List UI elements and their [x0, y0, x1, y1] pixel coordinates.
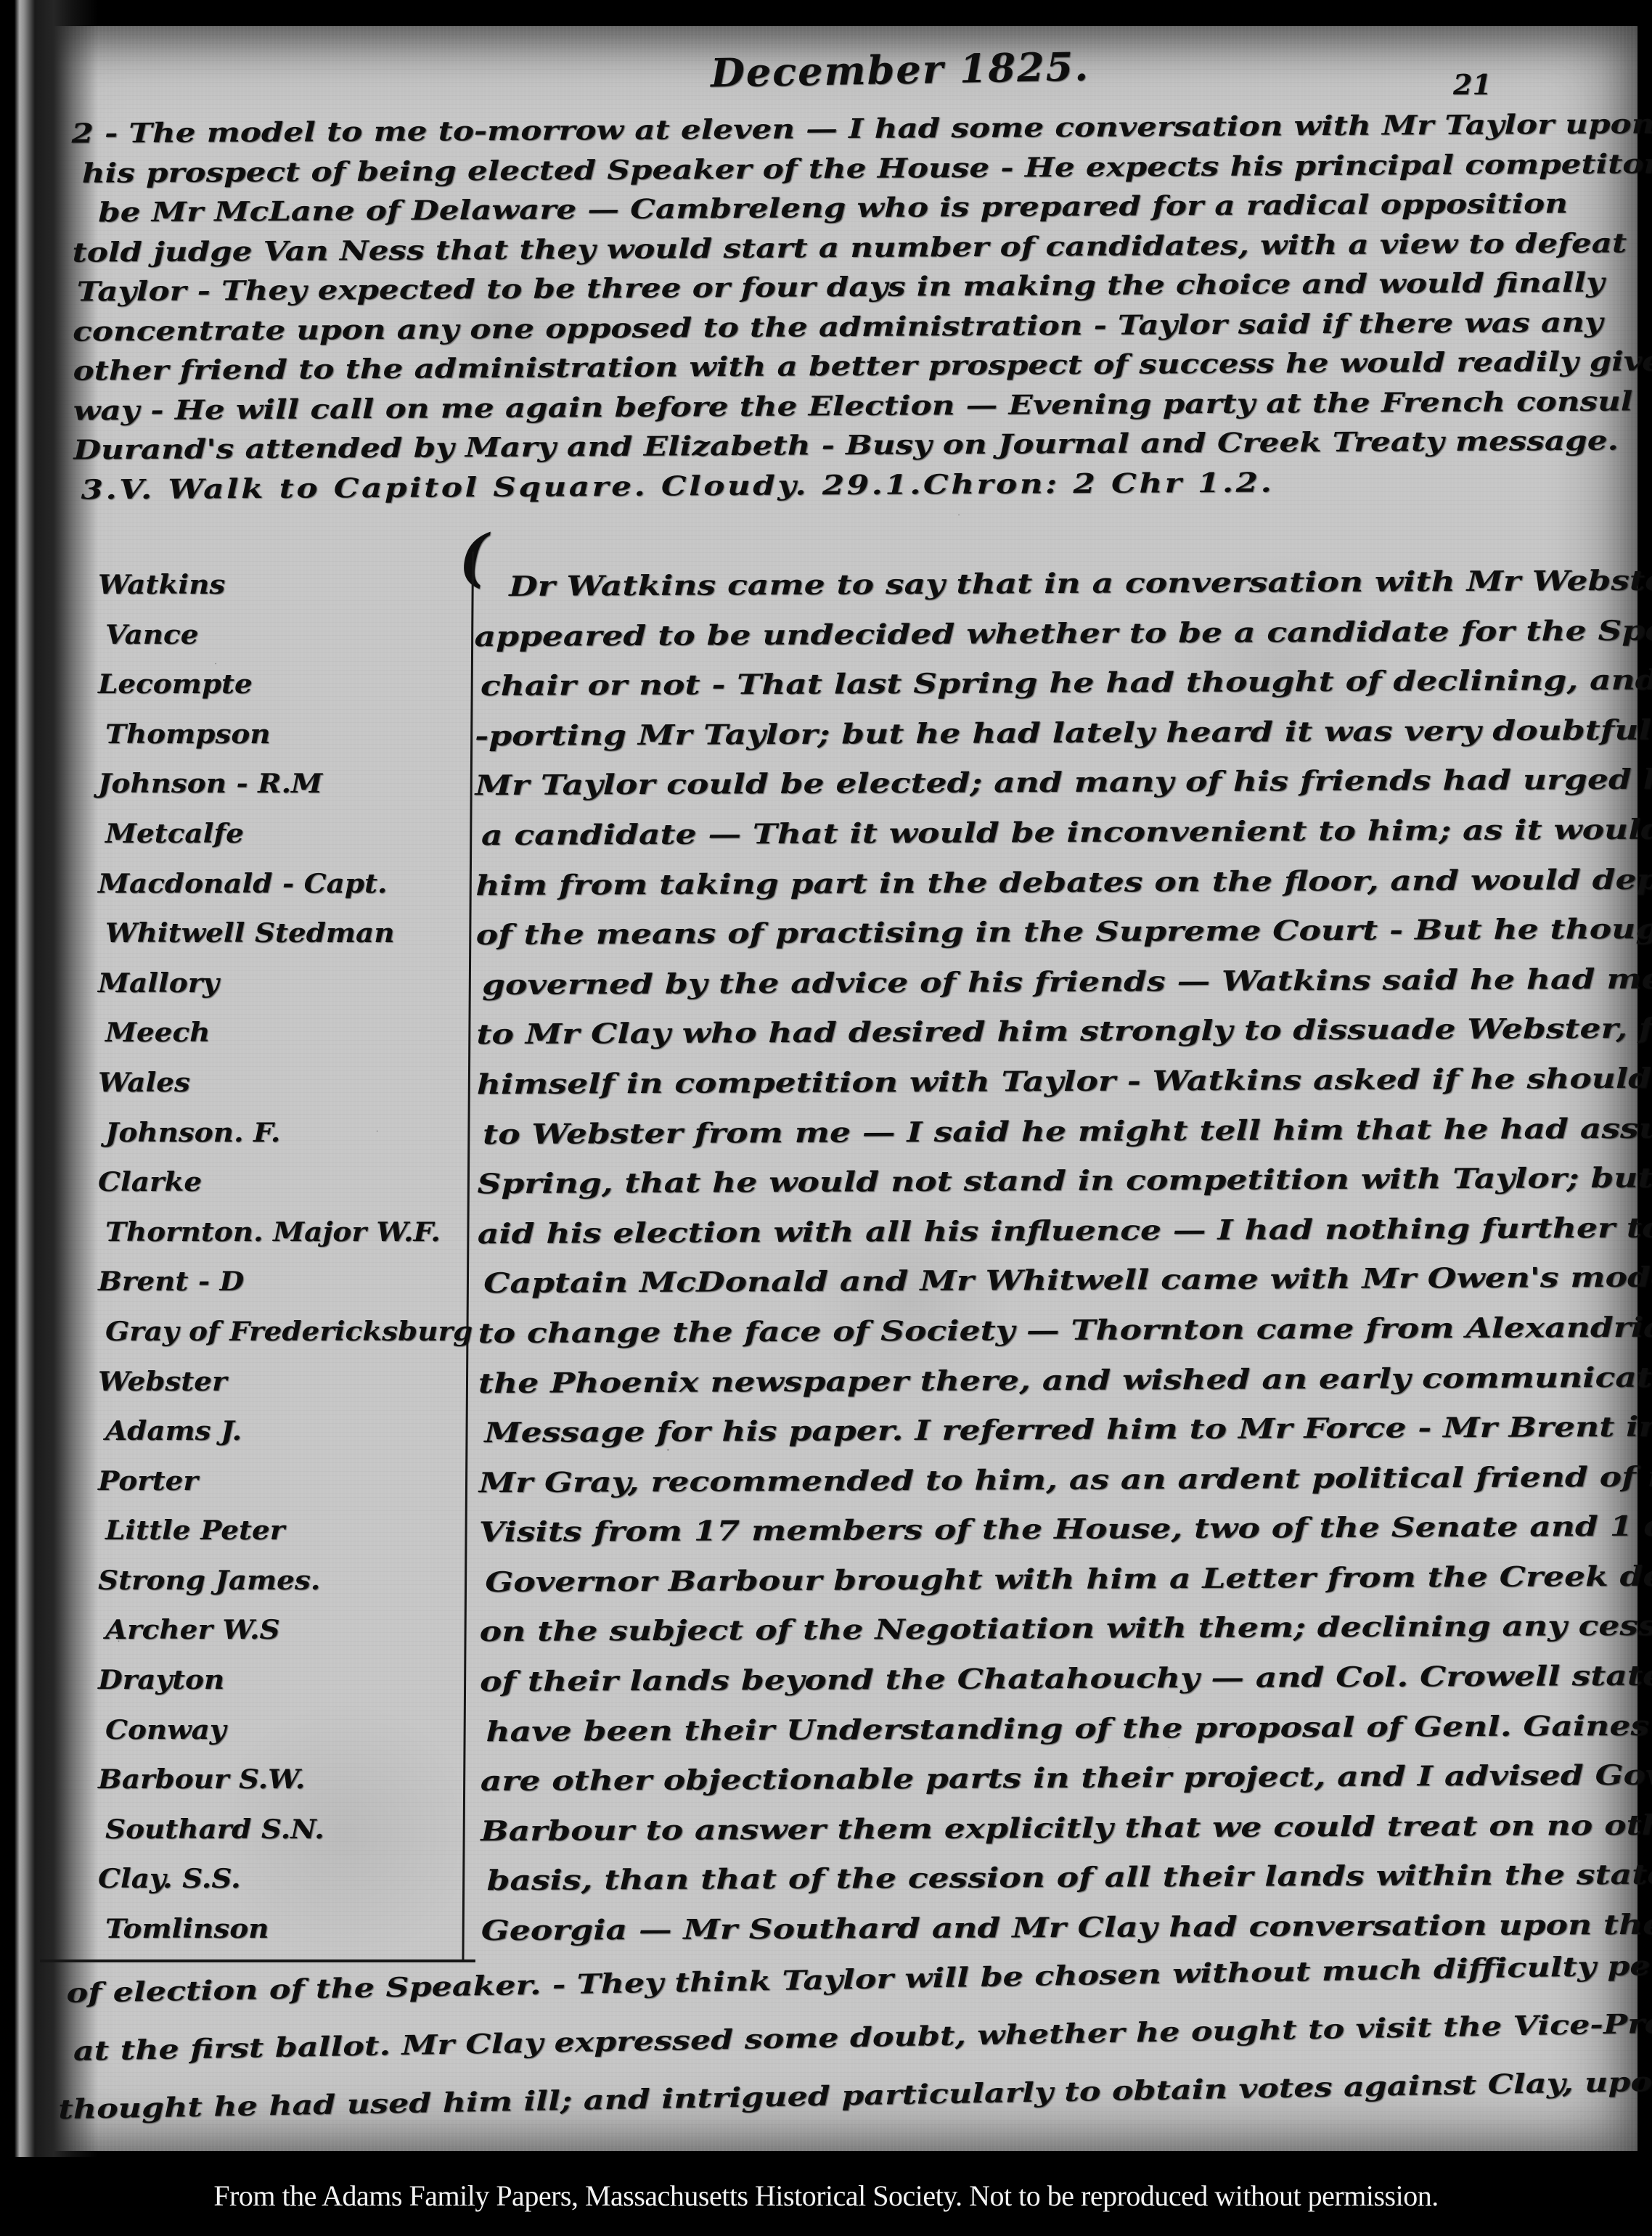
handwritten-line: on the subject of the Negotiation with t… — [480, 1600, 1652, 1658]
handwritten-line: Captain McDonald and Mr Whitwell came wi… — [483, 1251, 1652, 1309]
margin-name: Watkins — [98, 560, 473, 610]
margin-name: Macdonald - Capt. — [98, 859, 473, 909]
page-header-date: December 1825. — [638, 42, 1161, 98]
handwritten-line: Mr Taylor could be elected; and many of … — [475, 754, 1652, 811]
handwritten-line: him from taking part in the debates on t… — [475, 853, 1652, 911]
margin-name: Thompson — [105, 710, 473, 760]
handwritten-line: Visits from 17 members of the House, two… — [479, 1500, 1652, 1557]
archive-caption: From the Adams Family Papers, Massachuse… — [0, 2179, 1652, 2213]
handwritten-line: aid his election with all his influence … — [478, 1202, 1652, 1259]
margin-name: Webster — [98, 1357, 473, 1407]
margin-name: Adams J. — [105, 1406, 473, 1457]
margin-name: Thornton. Major W.F. — [105, 1208, 473, 1258]
handwritten-line: Dr Watkins came to say that in a convers… — [474, 554, 1652, 612]
handwritten-line: himself in competition with Taylor - Wat… — [477, 1052, 1652, 1110]
margin-name: Johnson. F. — [105, 1108, 473, 1158]
handwritten-line: of their lands beyond the Chatahouchy — … — [480, 1650, 1652, 1707]
handwritten-line: Governor Barbour brought with him a Lett… — [485, 1550, 1652, 1608]
scanned-diary-page: December 1825. 21 2 - The model to me to… — [0, 0, 1652, 2236]
handwritten-line: are other objectionable parts in their p… — [481, 1749, 1652, 1806]
handwritten-line: Barbour to answer them explicitly that w… — [481, 1799, 1652, 1856]
handwritten-line: Spring, that he would not stand in compe… — [477, 1152, 1652, 1209]
margin-name: Johnson - R.M — [98, 759, 473, 809]
margin-name: Gray of Fredericksburg — [105, 1307, 473, 1357]
margin-name: Metcalfe — [105, 809, 473, 859]
margin-name: Drayton — [98, 1655, 473, 1705]
margin-name: Little Peter — [105, 1506, 473, 1556]
margin-name: Meech — [105, 1008, 473, 1058]
handwritten-line: to Webster from me — I said he might tel… — [483, 1102, 1652, 1160]
margin-name: Wales — [98, 1058, 473, 1108]
handwritten-line: a candidate — That it would be inconveni… — [481, 803, 1652, 861]
margin-name: Brent - D — [98, 1257, 473, 1307]
margin-name: Clay. S.S. — [98, 1854, 473, 1904]
handwritten-line: Mr Gray, recommended to him, as an arden… — [478, 1451, 1652, 1508]
handwritten-line: to change the face of Society — Thornton… — [478, 1301, 1652, 1359]
diary-entry-december-3: Dr Watkins came to say that in a convers… — [474, 556, 1643, 1956]
handwritten-line: to Mr Clay who had desired him strongly … — [476, 1002, 1652, 1060]
page-number: 21 — [1453, 68, 1492, 101]
margin-name: Mallory — [98, 959, 473, 1009]
margin-name: Vance — [105, 610, 473, 660]
margin-name: Archer W.S — [105, 1605, 473, 1655]
margin-name: Tomlinson — [105, 1904, 473, 1954]
diary-entry-continuation: of election of the Speaker. - They think… — [66, 1936, 1644, 2138]
margin-name: Strong James. — [98, 1556, 473, 1606]
handwritten-line: have been their Understanding of the pro… — [486, 1700, 1652, 1757]
handwritten-line: basis, than that of the cession of all t… — [486, 1849, 1652, 1907]
handwritten-line: appeared to be undecided whether to be a… — [474, 605, 1652, 662]
margin-visitor-names-list: WatkinsVanceLecompteThompsonJohnson - R.… — [98, 560, 446, 1954]
handwritten-line: -porting Mr Taylor; but he had lately he… — [475, 704, 1652, 761]
margin-name: Whitwell Stedman — [105, 909, 473, 959]
margin-name: Southard S.N. — [105, 1805, 473, 1855]
handwritten-line: Message for his paper. I referred him to… — [484, 1401, 1652, 1458]
diary-entry-december-2: 2 - The model to me to-morrow at eleven … — [71, 104, 1634, 509]
handwritten-line: chair or not - That last Spring he had t… — [481, 654, 1652, 711]
handwritten-line: the Phoenix newspaper there, and wished … — [478, 1351, 1652, 1409]
margin-name: Clarke — [98, 1158, 473, 1208]
margin-name: Barbour S.W. — [98, 1755, 473, 1805]
handwritten-line: of the means of practising in the Suprem… — [475, 903, 1652, 960]
margin-name: Porter — [98, 1457, 473, 1507]
margin-name: Lecompte — [98, 660, 473, 710]
handwritten-line: governed by the advice of his friends — … — [482, 953, 1652, 1010]
margin-name: Conway — [105, 1705, 473, 1756]
